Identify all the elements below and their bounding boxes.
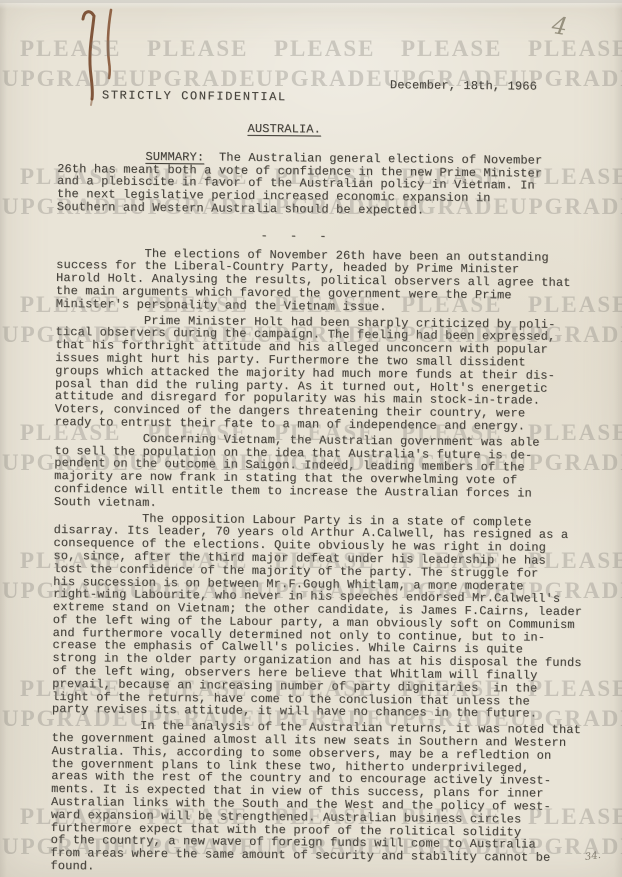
paragraph: Prime Minister Holt had been sharply cri… (55, 314, 616, 435)
document-body: The elections of November 26th have been… (50, 247, 616, 877)
ink-scribble-mark (80, 2, 130, 107)
paragraph: In the analysis of the Australian return… (50, 719, 611, 877)
watermark-word-please: PLEASE (274, 36, 375, 62)
section-separator: - - - (260, 230, 616, 246)
document-title: AUSTRALIA. (247, 123, 367, 137)
handwritten-footer-mark: 34. (584, 850, 601, 863)
paragraph: Concerning Vietnam, the Australian gover… (54, 432, 615, 514)
paragraph: The elections of November 26th have been… (56, 247, 617, 316)
handwritten-page-number: 4 (550, 11, 569, 41)
paragraph: The opposition Labour Party is in a stat… (52, 511, 614, 721)
watermark-word-please: PLEASE (147, 36, 248, 62)
date-label: December, 18th, 1966 (390, 79, 537, 93)
summary-body: 26th has meant both a vote of confidence… (57, 163, 617, 220)
document-header: STRICTLY CONFIDENTIAL December, 18th, 19… (58, 76, 618, 94)
watermark-word-please: PLEASE (401, 36, 502, 62)
summary-paragraph: SUMMARY: The Australian general election… (57, 150, 618, 219)
scanned-document-page: STRICTLY CONFIDENTIAL December, 18th, 19… (0, 0, 622, 877)
watermark-word-please: PLEASE (528, 36, 622, 62)
typewritten-text-block: STRICTLY CONFIDENTIAL December, 18th, 19… (50, 76, 618, 877)
